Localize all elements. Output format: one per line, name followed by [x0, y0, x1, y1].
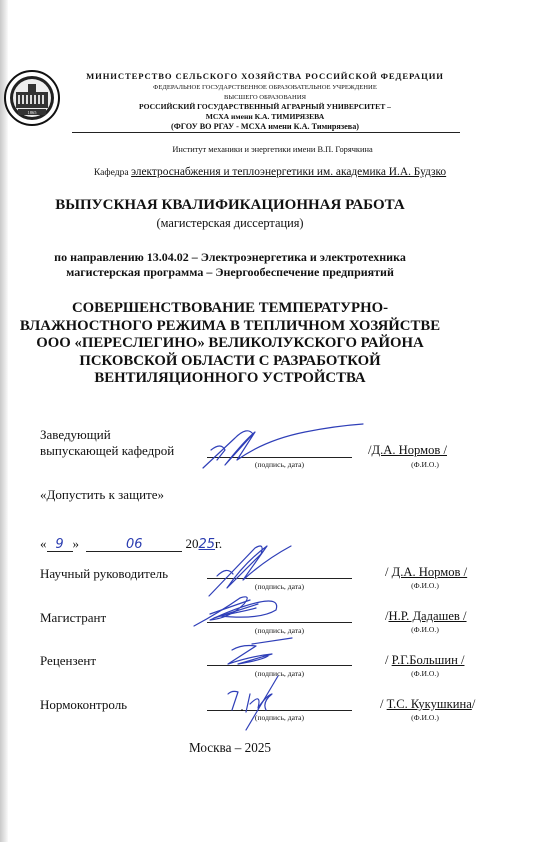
institute-name: Институт механики и энергетики имени В.П… — [0, 145, 545, 154]
header-divider — [72, 132, 460, 133]
normcontrol-signature-icon — [222, 672, 292, 732]
supervisor-fio-caption: (Ф.И.О.) — [395, 581, 455, 590]
department-name: электроснабжения и теплоэнергетики им. а… — [131, 166, 446, 178]
day-field: 9 — [47, 537, 73, 552]
work-subtype: (магистерская диссертация) — [0, 216, 460, 231]
supervisor-name: / Д.А. Нормов / — [385, 565, 467, 580]
reviewer-fio-caption: (Ф.И.О.) — [395, 669, 455, 678]
reviewer-signature-icon — [222, 636, 302, 670]
department-prefix: Кафедра — [94, 167, 129, 178]
reviewer-label: Рецензент — [40, 653, 96, 669]
supervisor-label: Научный руководитель — [40, 566, 168, 582]
svg-text:1865: 1865 — [28, 110, 38, 115]
university-short-name: (ФГОУ ВО РГАУ - МСХА имени К.А. Тимирязе… — [60, 121, 470, 132]
head-signature-icon — [195, 420, 365, 472]
month-field: 06 — [86, 537, 182, 552]
admit-to-defense: «Допустить к защите» — [40, 487, 164, 503]
title-line: ВЛАЖНОСТНОГО РЕЖИМА В ТЕПЛИЧНОМ ХОЗЯЙСТВ… — [0, 318, 460, 336]
program-line: магистерская программа – Энергообеспечен… — [0, 265, 460, 280]
normcontrol-label: Нормоконтроль — [40, 697, 127, 713]
title-line: ПСКОВСКОЙ ОБЛАСТИ С РАЗРАБОТКОЙ — [0, 353, 460, 371]
student-fio-caption: (Ф.И.О.) — [395, 625, 455, 634]
normcontrol-fio-caption: (Ф.И.О.) — [395, 713, 455, 722]
ministry-name: МИНИСТЕРСТВО СЕЛЬСКОГО ХОЗЯЙСТВА РОССИЙС… — [60, 71, 470, 82]
head-label-line2: выпускающей кафедрой — [40, 443, 174, 459]
title-line: ВЕНТИЛЯЦИОННОГО УСТРОЙСТВА — [0, 370, 460, 388]
title-line: СОВЕРШЕНСТВОВАНИЕ ТЕМПЕРАТУРНО- — [0, 300, 460, 318]
admit-date: «9» 06 2025г. — [40, 536, 222, 553]
work-direction: по направлению 13.04.02 – Электроэнергет… — [0, 250, 460, 280]
title-line: ООО «ПЕРЕСЛЕГИНО» ВЕЛИКОЛУКСКОГО РАЙОНА — [0, 335, 460, 353]
thesis-title: СОВЕРШЕНСТВОВАНИЕ ТЕМПЕРАТУРНО- ВЛАЖНОСТ… — [0, 300, 460, 388]
student-name: /Н.Р. Дадашев / — [385, 609, 467, 624]
city-year: Москва – 2025 — [0, 740, 460, 756]
department: Кафедра электроснабжения и теплоэнергети… — [20, 166, 520, 178]
reviewer-name: / Р.Г.Большин / — [385, 653, 464, 668]
normcontrol-name: / Т.С. Кукушкина/ — [380, 697, 475, 712]
head-name: /Д.А. Нормов / — [368, 443, 447, 458]
scan-edge-shadow — [0, 0, 8, 842]
direction-line: по направлению 13.04.02 – Электроэнергет… — [0, 250, 460, 265]
supervisor-signature-icon — [205, 540, 295, 600]
university-emblem-icon: 1865 — [4, 70, 60, 126]
student-signature-icon — [190, 592, 290, 628]
head-fio-caption: (Ф.И.О.) — [395, 460, 455, 469]
work-type: ВЫПУСКНАЯ КВАЛИФИКАЦИОННАЯ РАБОТА — [0, 197, 460, 214]
head-label-line1: Заведующий — [40, 427, 111, 443]
student-label: Магистрант — [40, 610, 106, 626]
